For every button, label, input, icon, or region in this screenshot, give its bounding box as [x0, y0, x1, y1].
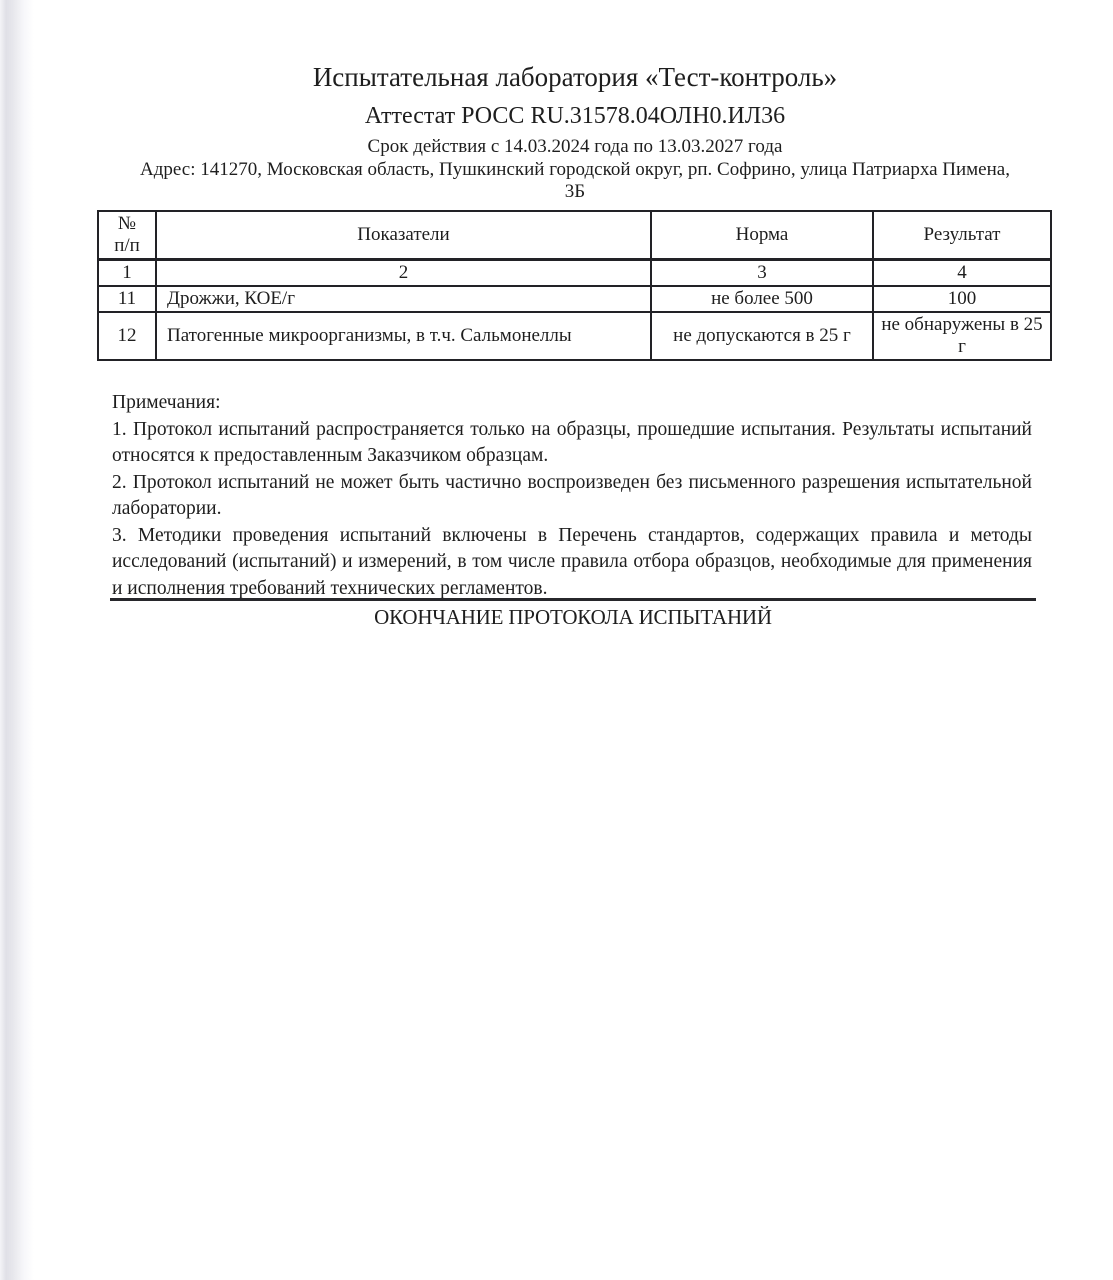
- cell-norm: не более 500: [651, 286, 873, 312]
- lab-address-line2: 3Б: [75, 181, 1075, 203]
- header-cell-number: № п/п: [98, 211, 156, 260]
- column-number-row: 1 2 3 4: [98, 260, 1051, 287]
- header-cell-result: Результат: [873, 211, 1051, 260]
- lab-address-line1: Адрес: 141270, Московская область, Пушки…: [105, 159, 1045, 181]
- document-header: Испытательная лаборатория «Тест-контроль…: [75, 60, 1075, 203]
- note-item: 1. Протокол испытаний распространяется т…: [112, 417, 1032, 470]
- cell-result: не обнаружены в 25 г: [873, 312, 1051, 360]
- table-header-row: № п/п Показатели Норма Результат: [98, 211, 1051, 260]
- attestation-number: Аттестат РОСС RU.31578.04ОЛН0.ИЛ36: [75, 101, 1075, 131]
- end-of-protocol-label: ОКОНЧАНИЕ ПРОТОКОЛА ИСПЫТАНИЙ: [110, 605, 1036, 630]
- table-row: 12 Патогенные микроорганизмы, в т.ч. Сал…: [98, 312, 1051, 360]
- cell-indicator: Патогенные микроорганизмы, в т.ч. Сальмо…: [156, 312, 651, 360]
- validity-period: Срок действия с 14.03.2024 года по 13.03…: [75, 135, 1075, 158]
- header-cell-norm: Норма: [651, 211, 873, 260]
- column-number: 2: [156, 260, 651, 287]
- cell-norm: не допускаются в 25 г: [651, 312, 873, 360]
- cell-row-number: 11: [98, 286, 156, 312]
- column-number: 1: [98, 260, 156, 287]
- notes-section: Примечания: 1. Протокол испытаний распро…: [112, 390, 1032, 602]
- page-edge-shadow: [0, 0, 34, 1280]
- note-item: 3. Методики проведения испытаний включен…: [112, 523, 1032, 603]
- cell-result: 100: [873, 286, 1051, 312]
- document-page: Испытательная лаборатория «Тест-контроль…: [75, 0, 1075, 1280]
- lab-title: Испытательная лаборатория «Тест-контроль…: [75, 60, 1075, 94]
- notes-heading: Примечания:: [112, 390, 1032, 417]
- separator-line: [110, 598, 1036, 601]
- note-item: 2. Протокол испытаний не может быть част…: [112, 470, 1032, 523]
- cell-row-number: 12: [98, 312, 156, 360]
- table-row: 11 Дрожжи, КОЕ/г не более 500 100: [98, 286, 1051, 312]
- column-number: 3: [651, 260, 873, 287]
- column-number: 4: [873, 260, 1051, 287]
- header-cell-indicator: Показатели: [156, 211, 651, 260]
- cell-indicator: Дрожжи, КОЕ/г: [156, 286, 651, 312]
- results-table: № п/п Показатели Норма Результат 1 2 3 4…: [97, 210, 1052, 361]
